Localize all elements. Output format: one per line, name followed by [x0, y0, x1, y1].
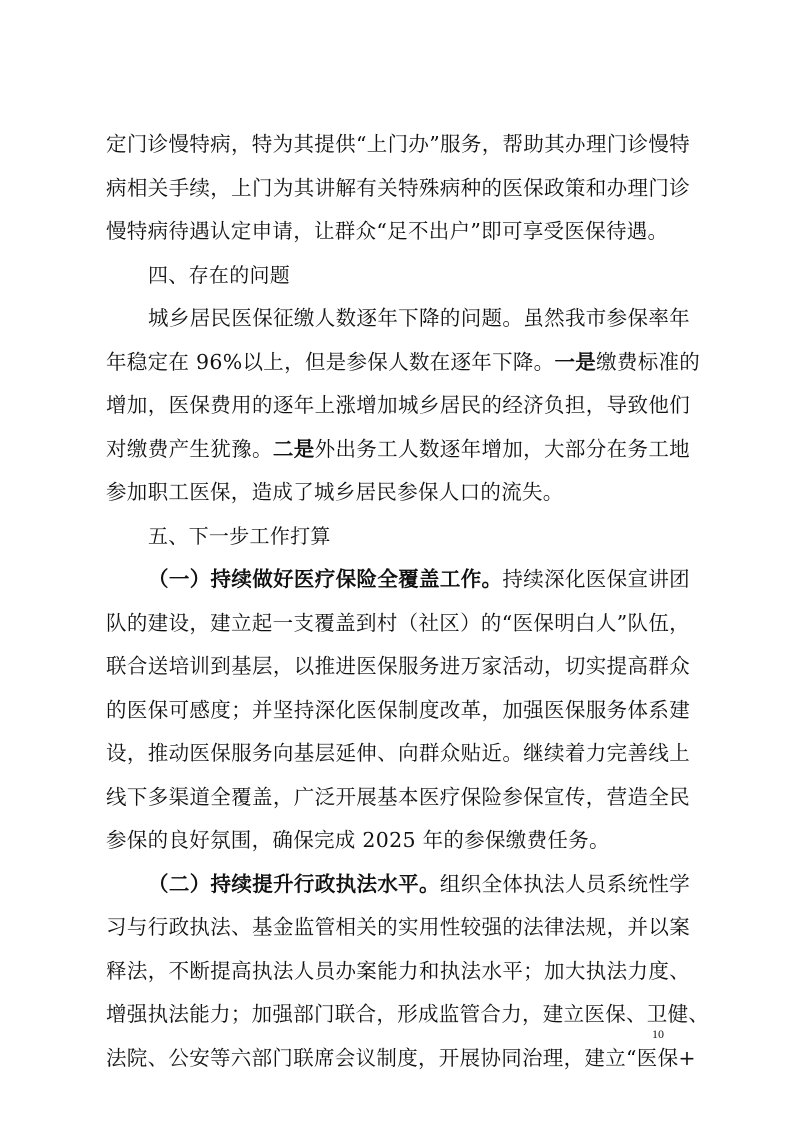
text-line: 联合送培训到基层，以推进医保服务进万家活动，切实提高群众 [106, 645, 690, 689]
text-line: 定门诊慢特病，特为其提供“上门办”服务，帮助其办理门诊慢特 [106, 123, 690, 167]
text-line: 年稳定在 96%以上，但是参保人数在逐年下降。一是缴费标准的 [106, 341, 690, 385]
text-run: 缴费标准的 [596, 350, 700, 374]
text-line: 的医保可感度；并坚持深化医保制度改革，加强医保服务体系建 [106, 689, 690, 733]
section-heading-problems: 四、存在的问题 [106, 254, 690, 298]
text-run: 持续深化医保宣讲团 [502, 567, 690, 591]
text-line: 增加，医保费用的逐年上涨增加城乡居民的经济负担，导致他们 [106, 384, 690, 428]
text-line: 慢特病待遇认定申请，让群众“足不出户”即可享受医保待遇。 [106, 210, 690, 254]
document-body: 定门诊慢特病，特为其提供“上门办”服务，帮助其办理门诊慢特 病相关手续，上门为其… [106, 123, 690, 1080]
text-line: 法院、公安等六部门联席会议制度，开展协同治理，建立“医保+ [106, 1037, 690, 1081]
text-line: 对缴费产生犹豫。二是外出务工人数逐年增加，大部分在务工地 [106, 428, 690, 472]
text-line: 病相关手续，上门为其讲解有关特殊病种的医保政策和办理门诊 [106, 167, 690, 211]
text-run: 组织全体执法人员系统性学 [440, 872, 690, 896]
text-run: 年稳定在 96%以上，但是参保人数在逐年下降。 [106, 350, 554, 374]
document-page: 定门诊慢特病，特为其提供“上门办”服务，帮助其办理门诊慢特 病相关手续，上门为其… [0, 0, 793, 1122]
text-run: 外出务工人数逐年增加，大部分在务工地 [315, 437, 690, 461]
text-line: 参加职工医保，造成了城乡居民参保人口的流失。 [106, 471, 690, 515]
text-line: 线下多渠道全覆盖，广泛开展基本医疗保险参保宣传，营造全民 [106, 776, 690, 820]
emphasis-first: 一是 [554, 350, 596, 374]
text-line: （一）持续做好医疗保险全覆盖工作。持续深化医保宣讲团 [106, 558, 690, 602]
emphasis-second: 二是 [273, 437, 315, 461]
text-line: 释法，不断提高执法人员办案能力和执法水平；加大执法力度、 [106, 950, 690, 994]
text-line: 设，推动医保服务向基层延伸、向群众贴近。继续着力完善线上 [106, 732, 690, 776]
text-line: 增强执法能力；加强部门联合，形成监管合力，建立医保、卫健、 [106, 993, 690, 1037]
text-line: 参保的良好氛围，确保完成 2025 年的参保缴费任务。 [106, 819, 690, 863]
page-number: 10 [652, 1027, 664, 1042]
text-line: （二）持续提升行政执法水平。组织全体执法人员系统性学 [106, 863, 690, 907]
section-heading-next-steps: 五、下一步工作打算 [106, 515, 690, 559]
text-line: 队的建设，建立起一支覆盖到村（社区）的“医保明白人”队伍， [106, 602, 690, 646]
text-line: 习与行政执法、基金监管相关的实用性较强的法律法规，并以案 [106, 906, 690, 950]
subheading-enforcement: （二）持续提升行政执法水平。 [148, 872, 440, 896]
subheading-coverage: （一）持续做好医疗保险全覆盖工作。 [148, 567, 502, 591]
text-run: 对缴费产生犹豫。 [106, 437, 273, 461]
text-line: 城乡居民医保征缴人数逐年下降的问题。虽然我市参保率年 [106, 297, 690, 341]
